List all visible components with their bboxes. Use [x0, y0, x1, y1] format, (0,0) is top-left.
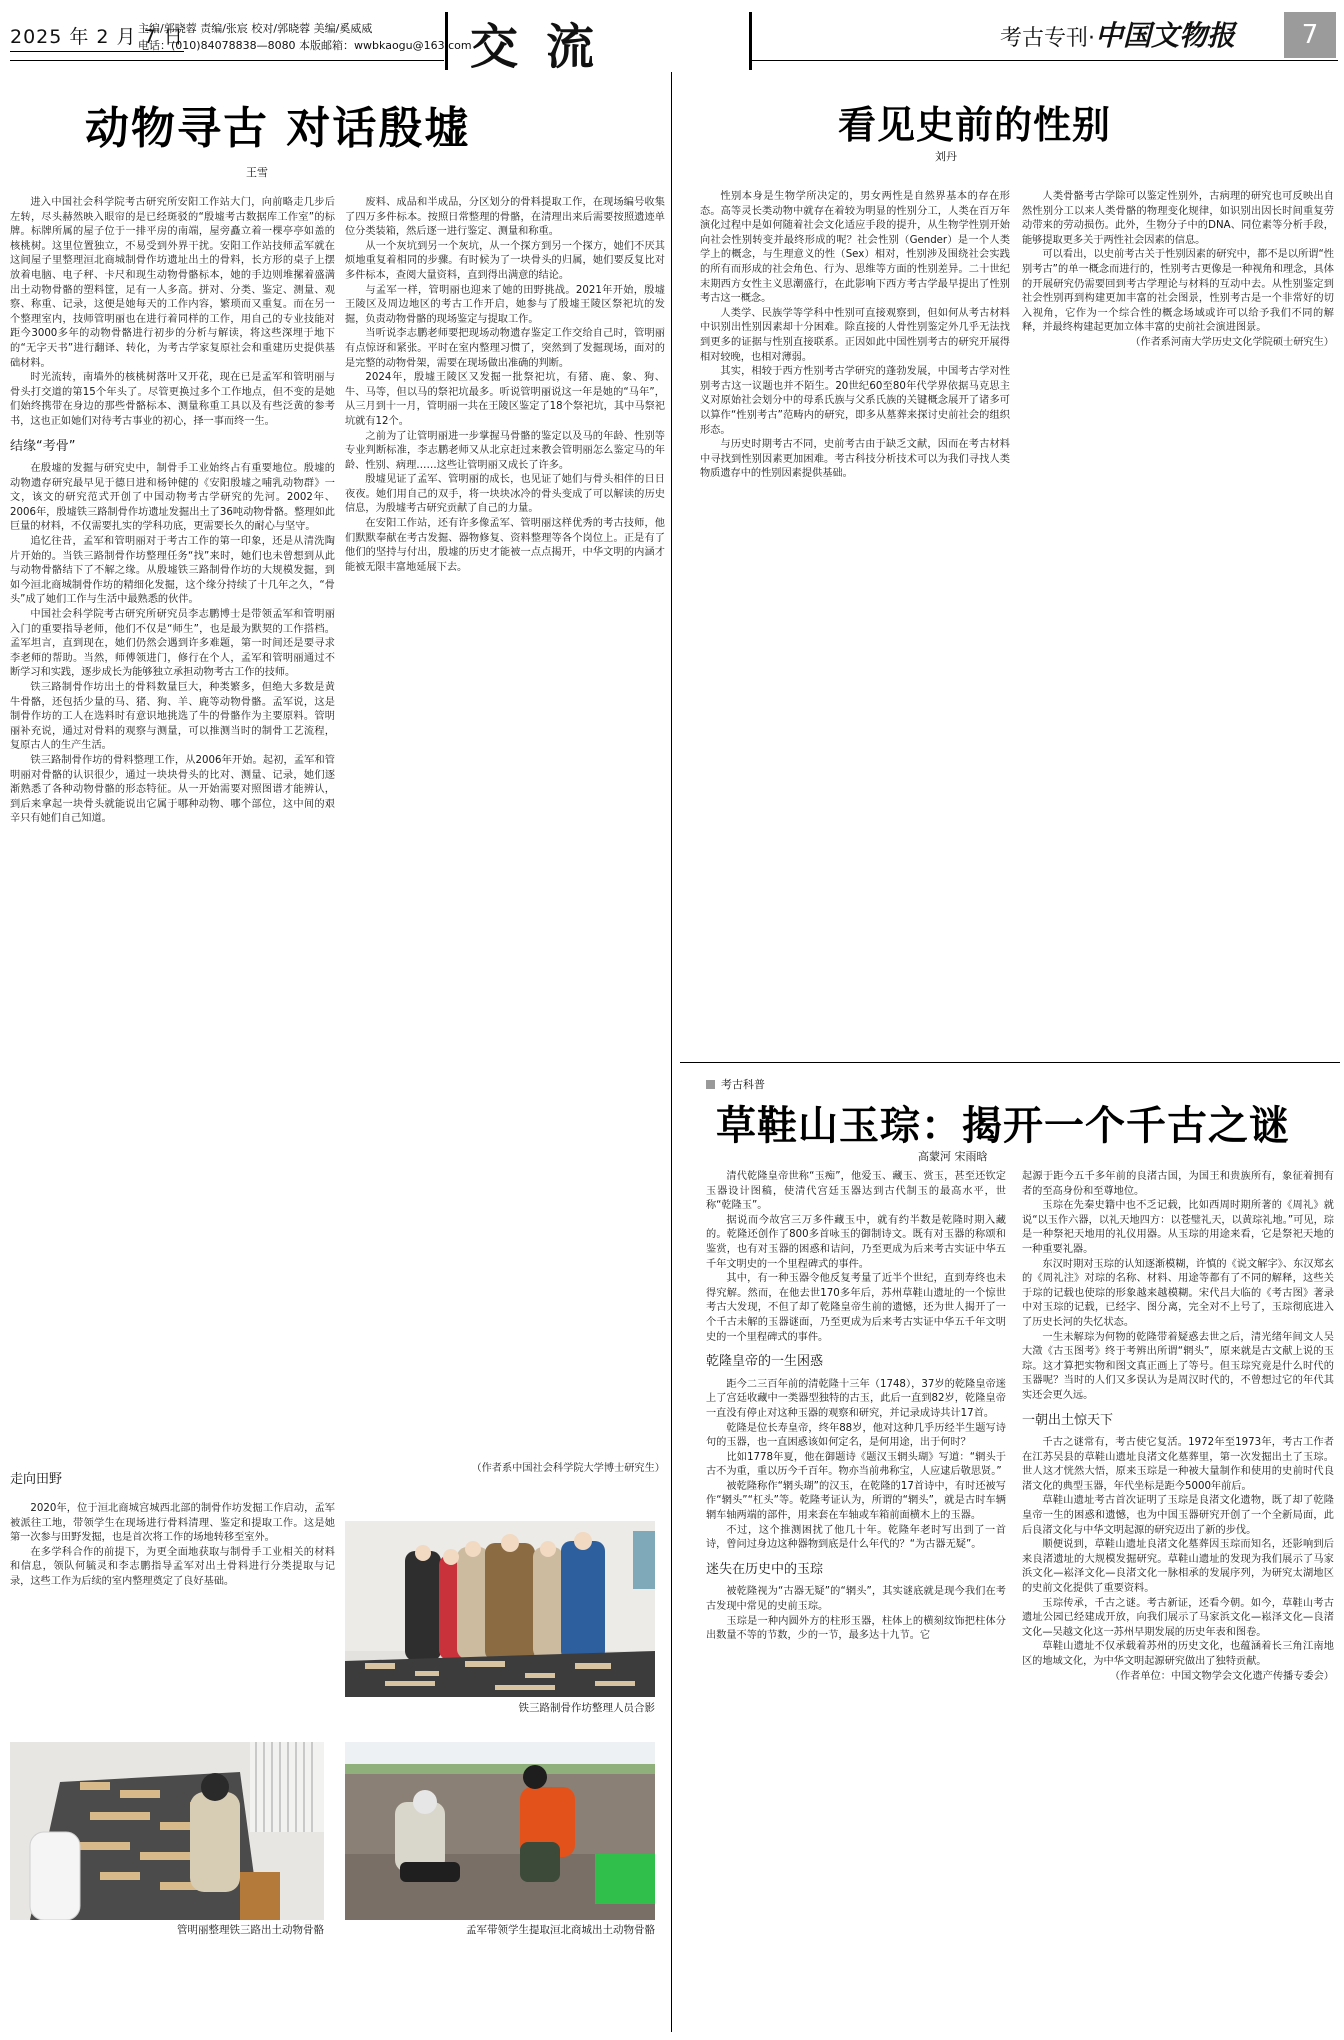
paragraph: 被乾隆视为“古器无疑”的“辋头”，其实谜底就是现今我们在考古发现中常见的史前玉琮… — [706, 1585, 1006, 1614]
paragraph: 一生未解琮为何物的乾隆带着疑惑去世之后，清光绪年间文人吴大澂《古玉图考》终于考辨… — [1022, 1331, 1334, 1404]
paragraph: 清代乾隆皇帝世称“玉痴”，他爱玉、藏玉、赏玉，甚至还钦定玉器设计图稿，使清代宫廷… — [706, 1170, 1006, 1214]
paragraph: 在多学科合作的前提下，为更全面地获取与制骨手工业相关的材料和信息，领队何毓灵和李… — [10, 1546, 335, 1590]
photo-caption: 孟军带领学生提取洹北商城出土动物骨骼 — [345, 1922, 655, 1937]
article3-column-2: 起源于距今五千多年前的良渚古国，为国王和贵族所有，象征着拥有者的至高身份和至尊地… — [1022, 1170, 1334, 2030]
paragraph: 距今二三百年前的清乾隆十三年（1748），37岁的乾隆皇帝迷上了宫廷收藏中一类器… — [706, 1378, 1006, 1422]
paragraph: 进入中国社会科学院考古研究所安阳工作站大门，向前略走几步后左转，尽头赫然映入眼帘… — [10, 196, 335, 371]
paragraph: 人类学、民族学等学科中性别可直接观察到，但如何从考古材料中识别出性别因素却十分困… — [700, 307, 1010, 365]
article1-closing: （作者系中国社会科学院大学博士研究生） — [345, 1462, 665, 1502]
article1-author: 王雪 — [246, 164, 268, 180]
paragraph: 铁三路制骨作坊的骨料整理工作，从2006年开始。起初，孟军和管明丽对骨骼的认识很… — [10, 754, 335, 827]
article-separator — [680, 1062, 1340, 1063]
paragraph: 草鞋山遗址考古首次证明了玉琮是良渚文化遗物，既了却了乾隆皇帝一生的困惑和遗憾，也… — [1022, 1494, 1334, 1538]
group-photo-image — [345, 1521, 655, 1697]
article1-column-1-lower: 2020年，位于洹北商城宫城西北部的制骨作坊发掘工作启动，孟军被派往工地，带领学… — [10, 1502, 335, 1730]
photo-caption: 管明丽整理铁三路出土动物骨骼 — [10, 1922, 324, 1937]
paragraph: 千古之谜常有，考古使它复活。1972年至1973年，考古工作者在江苏吴县的草鞋山… — [1022, 1436, 1334, 1494]
contact-line: 电话：(010)84078838—8080 本版邮箱：wwbkaogu@163.… — [138, 37, 472, 54]
paragraph: 在安阳工作站，还有许多像孟军、管明丽这样优秀的考古技师，他们默默奉献在考古发掘、… — [345, 517, 665, 575]
paragraph: 与历史时期考古不同，史前考古由于缺乏文献，因而在考古材料中寻找到性别因素更加困难… — [700, 438, 1010, 482]
paragraph: 殷墟见证了孟军、管明丽的成长，也见证了她们与骨头相伴的日日夜夜。她们用自己的双手… — [345, 473, 665, 517]
paragraph: 草鞋山遗址不仅承载着苏州的历史文化，也蕴涵着长三角江南地区的地域文化，为中华文明… — [1022, 1640, 1334, 1669]
column-divider — [671, 72, 672, 2032]
author-note: （作者系河南大学历史文化学院硕士研究生） — [1022, 336, 1334, 351]
column-tag: 考古科普 — [706, 1076, 765, 1092]
paragraph: 从一个灰坑到另一个灰坑，从一个探方到另一个探方，她们不厌其烦地重复着相同的步骤。… — [345, 240, 665, 284]
newspaper-brand: 考古专刊·中国文物报 — [1000, 14, 1235, 54]
brand-logo: 中国文物报 — [1095, 19, 1235, 52]
paragraph: 被乾隆称作“辋头瑚”的汉玉，在乾隆的17首诗中，有时还被写作“辋头”“杠头”等。… — [706, 1480, 1006, 1524]
article2-author: 刘丹 — [935, 148, 957, 164]
paragraph: 废料、成品和半成品，分区划分的骨料提取工作，在现场编号收集了四万多件标本。按照日… — [345, 196, 665, 240]
paragraph: 其中，有一种玉器令他反复考量了近半个世纪，直到寿终也未得究解。然而，在他去世17… — [706, 1272, 1006, 1345]
paragraph: 铁三路制骨作坊出土的骨料数量巨大，种类繁多，但绝大多数是黄牛骨骼，还包括少量的马… — [10, 681, 335, 754]
subheading-zouxiang-tianye: 走向田野 — [10, 1468, 62, 1487]
column-tag-label: 考古科普 — [721, 1078, 765, 1091]
staff-line: 主编/郭晓蓉 责编/张宸 校对/郭晓蓉 美编/奚威威 — [138, 20, 472, 37]
article2-column-1: 性别本身是生物学所决定的，男女两性是自然界基本的存在形态。高等灵长类动物中就存在… — [700, 190, 1010, 998]
editorial-staff: 主编/郭晓蓉 责编/张宸 校对/郭晓蓉 美编/奚威威 电话：(010)84078… — [138, 20, 472, 54]
masthead-divider-right — [749, 12, 752, 70]
paragraph: 比如1778年夏，他在御题诗《题汉玉辋头瑚》写道：“辋头于古不为重，重以历今千百… — [706, 1451, 1006, 1480]
article1-column-2: 废料、成品和半成品，分区划分的骨料提取工作，在现场编号收集了四万多件标本。按照日… — [345, 196, 665, 1446]
masthead-rule-right — [752, 60, 1338, 61]
subheading-lost-jade-cong: 迷失在历史中的玉琮 — [706, 1563, 1006, 1578]
article2-column-2: 人类骨骼考古学除可以鉴定性别外，古病理的研究也可反映出自然性别分工以来人类骨骼的… — [1022, 190, 1334, 998]
article2-title: 看见史前的性别 — [838, 94, 1111, 149]
paragraph: 玉琮是一种内圆外方的柱形玉器，柱体上的横刻纹饰把柱体分出数量不等的节数，少的一节… — [706, 1615, 1006, 1644]
photo-group — [345, 1521, 655, 1697]
paragraph: 玉琮在先秦史籍中也不乏记载，比如西周时期所著的《周礼》就说“以玉作六器，以礼天地… — [1022, 1199, 1334, 1257]
paragraph: 可以看出，以史前考古关于性别因素的研究中，都不是以所谓“性别考古”的单一概念而进… — [1022, 248, 1334, 336]
subheading-unearthed: 一朝出土惊天下 — [1022, 1414, 1334, 1429]
photo-caption: 铁三路制骨作坊整理人员合影 — [345, 1700, 655, 1715]
paragraph: 东汉时期对玉琮的认知逐渐模糊，许慎的《说文解字》、东汉郑玄的《周礼注》对琮的名称… — [1022, 1258, 1334, 1331]
paragraph: 时光流转，南墙外的核桃树落叶又开花，现在已是孟军和管明丽与骨头打交道的第15个年… — [10, 371, 335, 429]
paragraph: 不过，这个推测困扰了他几十年。乾隆年老时写出到了一首诗，曾问过身边这种器物到底是… — [706, 1524, 1006, 1553]
masthead-divider-left — [445, 12, 448, 70]
paragraph: 当听说李志鹏老师要把现场动物遗存鉴定工作交给自己时，管明丽有点惊讶和紧张。平时在… — [345, 327, 665, 371]
article1-column-1: 进入中国社会科学院考古研究所安阳工作站大门，向前略走几步后左转，尽头赫然映入眼帘… — [10, 196, 335, 1458]
paragraph: 顺便说到，草鞋山遗址良渚文化墓葬因玉琮而知名，还影响到后来良渚遗址的大规模发掘研… — [1022, 1538, 1334, 1596]
masthead-rule-left — [10, 60, 444, 61]
subheading-qianlong: 乾隆皇帝的一生困惑 — [706, 1355, 1006, 1370]
paragraph: 2024年，殷墟王陵区又发掘一批祭祀坑，有猪、鹿、象、狗、牛、马等，但以马的祭祀… — [345, 371, 665, 429]
paragraph: 人类骨骼考古学除可以鉴定性别外，古病理的研究也可反映出自然性别分工以来人类骨骼的… — [1022, 190, 1334, 248]
paragraph: 中国社会科学院考古研究所研究员李志鹏博士是带领孟军和管明丽入门的重要指导老师，他… — [10, 608, 335, 681]
paragraph: 2020年，位于洹北商城宫城西北部的制骨作坊发掘工作启动，孟军被派往工地，带领学… — [10, 1502, 335, 1546]
paragraph: 追忆往昔，孟军和管明丽对于考古工作的第一印象，还是从清洗陶片开始的。当铁三路制骨… — [10, 535, 335, 608]
paragraph: 性别本身是生物学所决定的，男女两性是自然界基本的存在形态。高等灵长类动物中就存在… — [700, 190, 1010, 307]
paragraph: 玉琮传承，千古之谜。考古新证，还看今朝。如今，草鞋山考古遗址公园已经建成开放，向… — [1022, 1597, 1334, 1641]
photo-field-excavation — [345, 1742, 655, 1920]
author-note: （作者单位：中国文物学会文化遗产传播专委会） — [1022, 1670, 1334, 1685]
article3-authors: 高蒙河 宋雨晗 — [918, 1148, 988, 1164]
paragraph: 其实，相较于西方性别考古学研究的蓬勃发展，中国考古学对性别考古这一议题也并不陌生… — [700, 365, 1010, 438]
sorting-bones-image — [10, 1742, 324, 1920]
paragraph: 乾隆是位长寿皇帝，终年88岁，他对这种几乎历经半生题写诗句的玉器，也一直困惑该如… — [706, 1422, 1006, 1451]
brand-prefix: 考古专刊· — [1000, 26, 1095, 51]
photo-sorting-bones — [10, 1742, 324, 1920]
article1-title: 动物寻古 对话殷墟 — [85, 92, 470, 156]
square-bullet-icon — [706, 1080, 715, 1089]
paragraph: 之前为了让管明丽进一步掌握马骨骼的鉴定以及马的年龄、性别等专业判断标准，李志鹏老… — [345, 430, 665, 474]
paragraph: 起源于距今五千多年前的良渚古国，为国王和贵族所有，象征着拥有者的至高身份和至尊地… — [1022, 1170, 1334, 1199]
paragraph: 与孟军一样，管明丽也迎来了她的田野挑战。2021年开始，殷墟王陵区及周边地区的考… — [345, 284, 665, 328]
subheading-jieyuan-kaogu: 结缘“考骨” — [10, 440, 335, 455]
article3-title: 草鞋山玉琮：揭开一个千古之谜 — [716, 1094, 1290, 1151]
field-excavation-image — [345, 1742, 655, 1920]
author-note: （作者系中国社会科学院大学博士研究生） — [345, 1462, 665, 1477]
paragraph: 在殷墟的发掘与研究史中，制骨手工业始终占有重要地位。殷墟的动物遗存研究最早见于德… — [10, 462, 335, 535]
paragraph: 据说而今故宫三万多件藏玉中，就有约半数是乾隆时期入藏的。乾隆还创作了800多首咏… — [706, 1214, 1006, 1272]
article3-column-1: 清代乾隆皇帝世称“玉痴”，他爱玉、藏玉、赏玉，甚至还钦定玉器设计图稿，使清代宫廷… — [706, 1170, 1006, 2030]
page-number-badge: 7 — [1284, 12, 1336, 58]
section-title: 交流 — [470, 8, 622, 77]
